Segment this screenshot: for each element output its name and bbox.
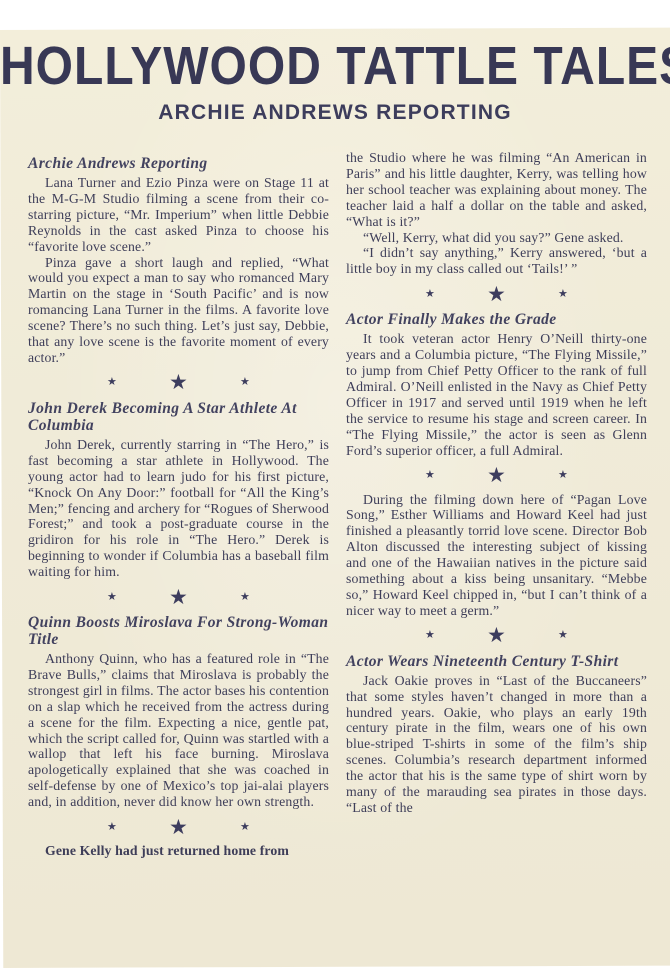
right-column: the Studio where he was filming “An Amer… xyxy=(346,150,647,859)
star-icon-small: ★ xyxy=(240,592,250,603)
star-icon-small: ★ xyxy=(425,470,435,481)
star-icon-small: ★ xyxy=(558,289,568,300)
star-separator: ★★★ xyxy=(28,815,329,839)
section-heading: Archie Andrews Reporting xyxy=(28,155,329,172)
star-separator: ★★★ xyxy=(28,585,329,609)
star-icon-large: ★ xyxy=(487,465,506,486)
star-icon-small: ★ xyxy=(240,377,250,388)
section-heading: Actor Wears Nineteenth Century T-Shirt xyxy=(346,653,647,670)
star-separator: ★★★ xyxy=(346,282,647,306)
star-icon-large: ★ xyxy=(169,372,188,393)
paragraph: Lana Turner and Ezio Pinza were on Stage… xyxy=(28,175,329,255)
paragraph: Gene Kelly had just returned home from xyxy=(28,843,329,859)
star-icon-small: ★ xyxy=(107,377,117,388)
star-icon-small: ★ xyxy=(107,592,117,603)
page-subtitle: ARCHIE ANDREWS REPORTING xyxy=(0,101,670,125)
star-icon-small: ★ xyxy=(240,822,250,833)
paragraph: “I didn’t say anything,” Kerry answered,… xyxy=(346,245,647,277)
article-columns: Archie Andrews ReportingLana Turner and … xyxy=(28,150,648,859)
masthead: HOLLYWOOD TATTLE TALES ARCHIE ANDREWS RE… xyxy=(0,42,670,125)
star-icon-small: ★ xyxy=(425,630,435,641)
star-icon-large: ★ xyxy=(169,817,188,838)
star-icon-large: ★ xyxy=(169,587,188,608)
star-separator: ★★★ xyxy=(346,624,647,648)
star-separator: ★★★ xyxy=(28,371,329,395)
scanned-page: HOLLYWOOD TATTLE TALES ARCHIE ANDREWS RE… xyxy=(0,0,670,968)
star-icon-small: ★ xyxy=(425,289,435,300)
paragraph: Pinza gave a short laugh and replied, “W… xyxy=(28,255,329,366)
section-heading: John Derek Becoming A Star Athlete At Co… xyxy=(28,400,329,434)
paragraph: “Well, Kerry, what did you say?” Gene as… xyxy=(346,230,647,246)
paragraph: It took veteran actor Henry O’Neill thir… xyxy=(346,331,647,458)
paragraph: John Derek, currently starring in “The H… xyxy=(28,437,329,580)
star-icon-small: ★ xyxy=(558,470,568,481)
paragraph: the Studio where he was filming “An Amer… xyxy=(346,150,647,230)
paragraph: Anthony Quinn, who has a featured role i… xyxy=(28,651,329,810)
paragraph: Jack Oakie proves in “Last of the Buccan… xyxy=(346,673,647,816)
left-column: Archie Andrews ReportingLana Turner and … xyxy=(28,150,329,859)
section-heading: Actor Finally Makes the Grade xyxy=(346,311,647,328)
star-icon-large: ★ xyxy=(487,284,506,305)
star-icon-large: ★ xyxy=(487,625,506,646)
star-separator: ★★★ xyxy=(346,464,647,488)
star-icon-small: ★ xyxy=(558,630,568,641)
page-title: HOLLYWOOD TATTLE TALES xyxy=(0,39,670,95)
star-icon-small: ★ xyxy=(107,822,117,833)
paragraph: During the filming down here of “Pagan L… xyxy=(346,492,647,619)
section-heading: Quinn Boosts Miroslava For Strong-Woman … xyxy=(28,614,329,648)
